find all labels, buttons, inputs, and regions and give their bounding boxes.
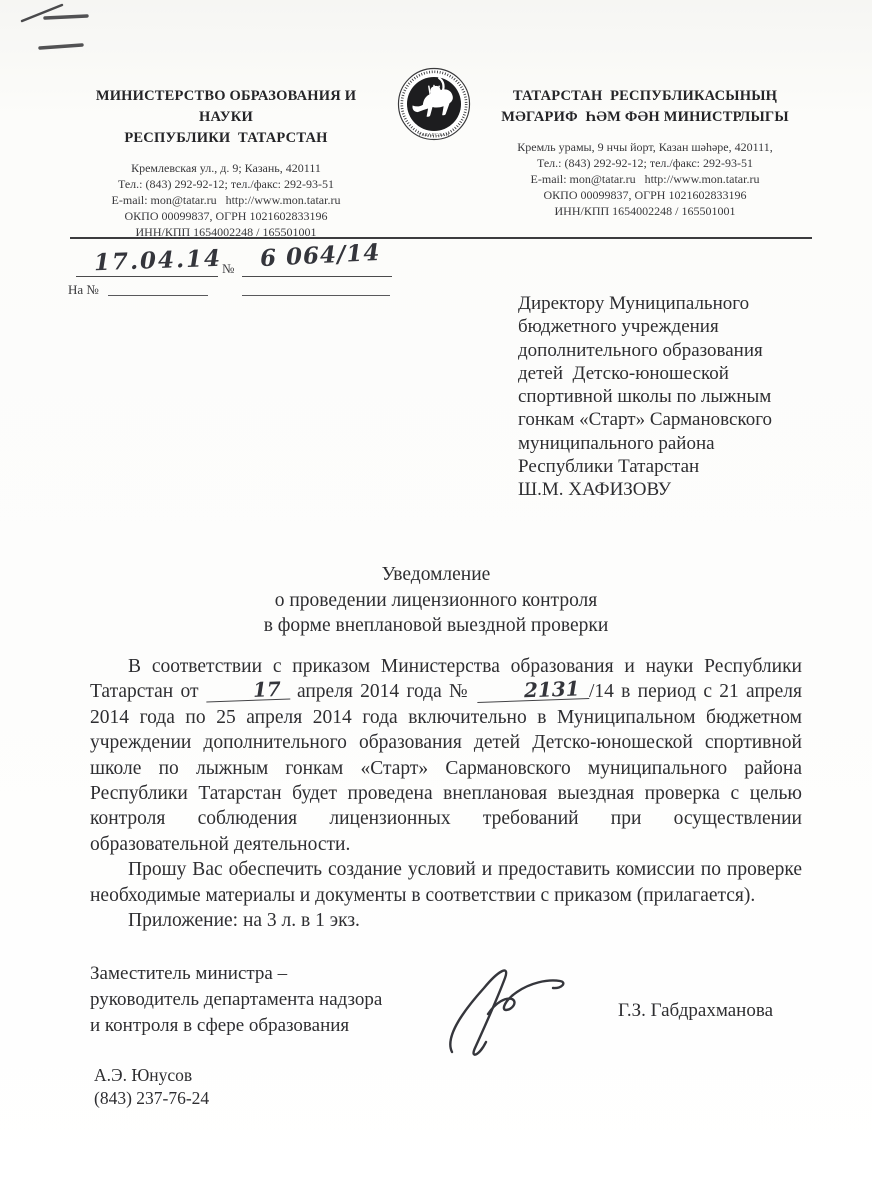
- document-title: Уведомление о проведении лицензионного к…: [86, 562, 786, 639]
- emblem-ring-text: ТАТАРСТАН: [418, 132, 450, 137]
- position-line-3: и контроля в сфере образования: [90, 1013, 382, 1039]
- ministry-name-ru-line2: РЕСПУБЛИКИ ТАТАРСТАН: [68, 128, 384, 149]
- pen-marks-icon: [0, 0, 120, 70]
- phone-line: Тел.: (843) 292-92-12; тел./факс: 292-93…: [68, 176, 384, 192]
- recipient-line: Республики Татарстан: [518, 455, 820, 478]
- recipient-line: гонкам «Старт» Сармановского: [518, 408, 820, 431]
- reply-underline-2: [242, 278, 390, 296]
- inn-kpp-line: ИНН/КПП 1654002248 / 165501001: [482, 203, 808, 219]
- executor-name: А.Э. Юнусов: [94, 1064, 209, 1087]
- title-line-2: о проведении лицензионного контроля: [86, 588, 786, 614]
- ministry-name-tt-line2: МӘГАРИФ ҺӘМ ФӘН МИНИСТРЛЫГЫ: [482, 107, 808, 128]
- handwritten-day: 17: [206, 680, 290, 703]
- signer-position-block: Заместитель министра – руководитель депа…: [90, 961, 382, 1039]
- ministry-name-tt-line1: ТАТАРСТАН РЕСПУБЛИКАСЫНЫҢ: [482, 86, 808, 107]
- recipient-block: Директору Муниципального бюджетного учре…: [518, 292, 820, 502]
- address-line: Кремлевская ул., д. 9; Казань, 420111: [68, 160, 384, 176]
- recipient-line: детей Детско-юношеской: [518, 362, 820, 385]
- number-sign-label: №: [222, 261, 234, 277]
- recipient-line: Директору Муниципального: [518, 292, 820, 315]
- recipient-line: дополнительного образования: [518, 339, 820, 362]
- header-divider: [70, 237, 812, 239]
- p1-text-c: /14 в период с 21 апреля 2014 года по 25…: [90, 681, 802, 854]
- executor-phone: (843) 237-76-24: [94, 1087, 209, 1110]
- email-line: E-mail: mon@tatar.ru http://www.mon.tata…: [482, 171, 808, 187]
- date-underline: [76, 257, 218, 277]
- reply-underline-1: [108, 278, 208, 296]
- contact-info-ru: Кремлевская ул., д. 9; Казань, 420111 Те…: [68, 160, 384, 240]
- position-line-1: Заместитель министра –: [90, 961, 382, 987]
- position-line-2: руководитель департамента надзора: [90, 987, 382, 1013]
- sender-block-russian: МИНИСТЕРСТВО ОБРАЗОВАНИЯ И НАУКИ РЕСПУБЛ…: [68, 86, 384, 240]
- okpo-ogrn-line: ОКПО 00099837, ОГРН 1021602833196: [68, 208, 384, 224]
- paragraph-attachment: Приложение: на 3 л. в 1 экз.: [90, 908, 802, 933]
- email-line: E-mail: mon@tatar.ru http://www.mon.tata…: [68, 192, 384, 208]
- phone-line: Тел.: (843) 292-92-12; тел./факс: 292-93…: [482, 155, 808, 171]
- number-underline: [242, 257, 392, 277]
- paragraph-2: Прошу Вас обеспечить создание условий и …: [90, 857, 802, 908]
- signer-name: Г.З. Габдрахманова: [618, 1000, 773, 1022]
- scanned-letter-page: МИНИСТЕРСТВО ОБРАЗОВАНИЯ И НАУКИ РЕСПУБЛ…: [0, 0, 872, 1200]
- reply-to-label: На №: [68, 282, 99, 298]
- okpo-ogrn-line: ОКПО 00099837, ОГРН 1021602833196: [482, 187, 808, 203]
- address-line: Кремль урамы, 9 нчы йорт, Казан шәһәре, …: [482, 139, 808, 155]
- recipient-line: муниципального района: [518, 432, 820, 455]
- recipient-line: бюджетного учреждения: [518, 315, 820, 338]
- executor-block: А.Э. Юнусов (843) 237-76-24: [94, 1064, 209, 1109]
- recipient-line: спортивной школы по лыжным: [518, 385, 820, 408]
- title-line-1: Уведомление: [86, 562, 786, 588]
- tatarstan-coat-of-arms-logo: ТАТАРСТАН: [397, 67, 471, 141]
- p1-text-b: апреля 2014 года №: [290, 681, 478, 702]
- sender-block-tatar: ТАТАРСТАН РЕСПУБЛИКАСЫНЫҢ МӘГАРИФ ҺӘМ ФӘ…: [482, 86, 808, 219]
- handwritten-order-number: 2131: [477, 679, 589, 703]
- ministry-name-ru-line1: МИНИСТЕРСТВО ОБРАЗОВАНИЯ И НАУКИ: [68, 86, 384, 128]
- title-line-3: в форме внеплановой выездной проверки: [86, 613, 786, 639]
- recipient-name: Ш.М. ХАФИЗОВУ: [518, 478, 820, 501]
- signature-scribble: [444, 956, 594, 1061]
- letter-body: В соответствии с приказом Министерства о…: [90, 654, 802, 933]
- contact-info-tt: Кремль урамы, 9 нчы йорт, Казан шәһәре, …: [482, 139, 808, 219]
- paragraph-1: В соответствии с приказом Министерства о…: [90, 654, 802, 857]
